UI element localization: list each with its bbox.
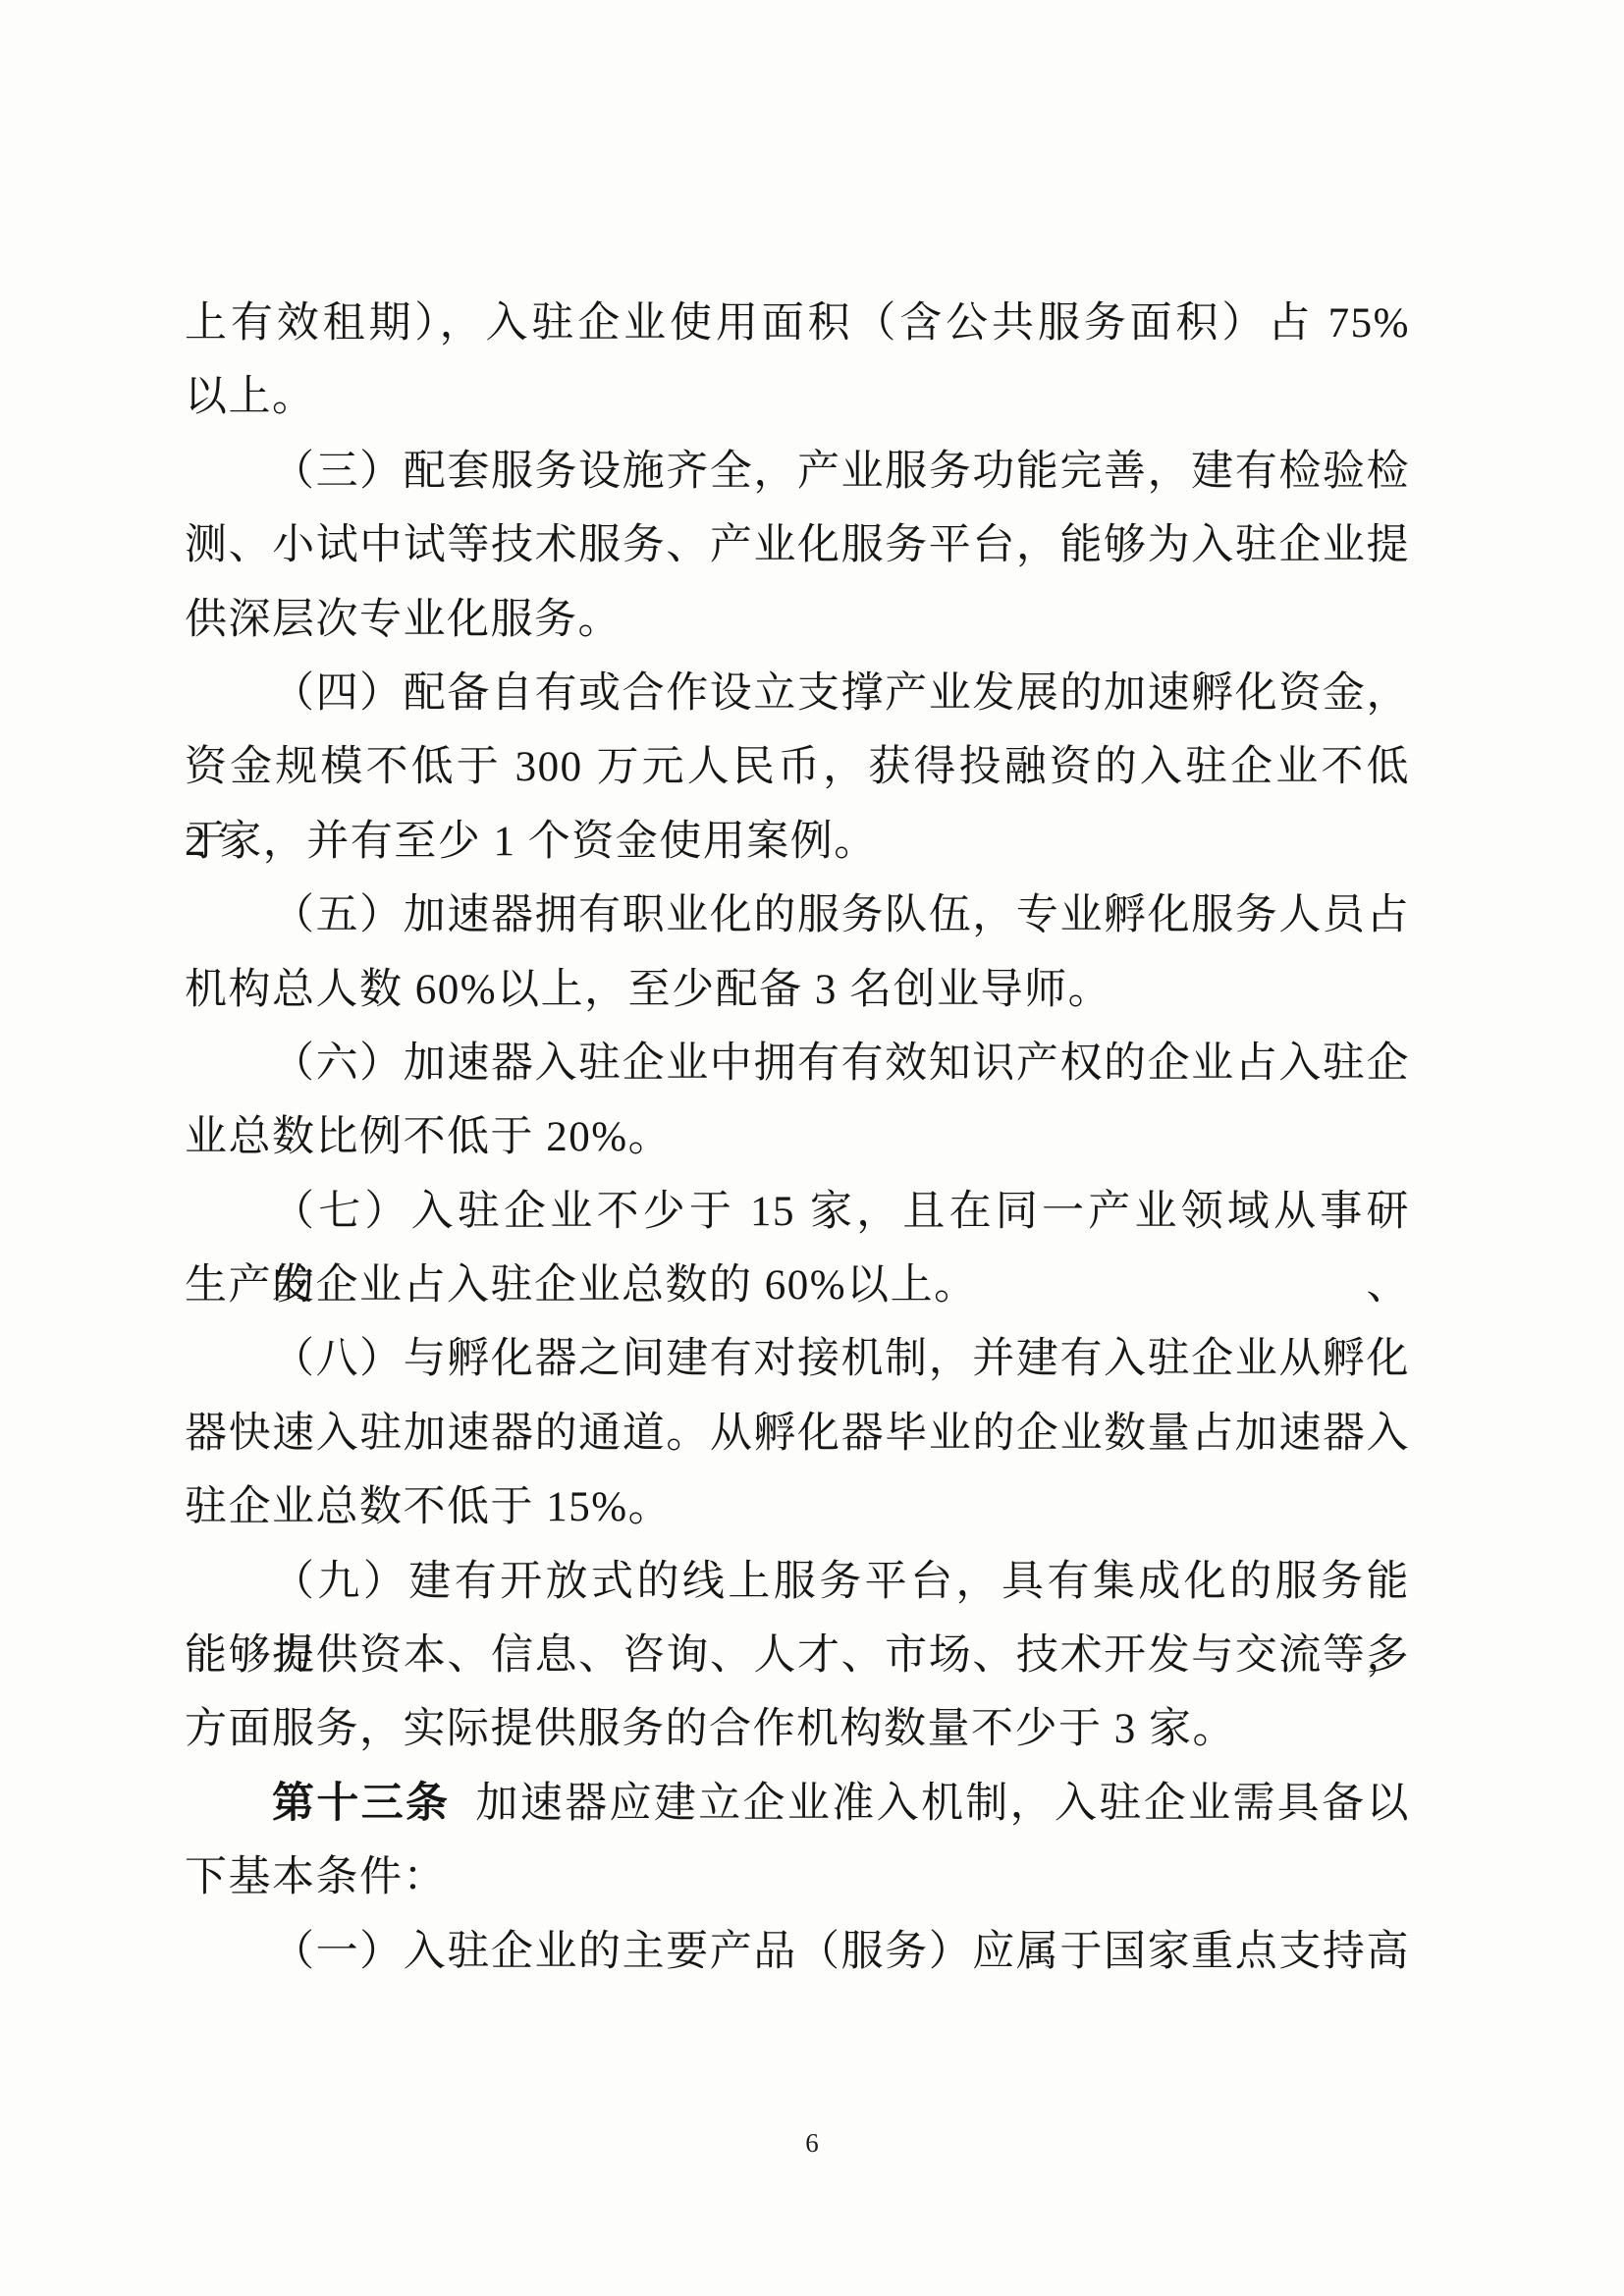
page-number: 6 bbox=[0, 2128, 1624, 2159]
text-line-21: 第十三条加速器应建立企业准入机制，入驻企业需具备以 bbox=[185, 1767, 1410, 1841]
text-line-2: 以上。 bbox=[185, 360, 1410, 434]
text-line-10: 机构总人数 60%以上，至少配备 3 名创业导师。 bbox=[185, 953, 1410, 1027]
text-line-17: 驻企业总数不低于 15%。 bbox=[185, 1470, 1410, 1544]
text-line-19: 能够提供资本、信息、咨询、人才、市场、技术开发与交流等多 bbox=[185, 1619, 1410, 1692]
text-line-9: （五）加速器拥有职业化的服务队伍，专业孵化服务人员占 bbox=[185, 879, 1410, 952]
article-number-heading: 第十三条 bbox=[272, 1781, 450, 1827]
text-line-6: （四）配备自有或合作设立支撑产业发展的加速孵化资金， bbox=[185, 657, 1410, 730]
text-line-1: 上有效租期），入驻企业使用面积（含公共服务面积）占 75% bbox=[185, 287, 1410, 360]
text-line-22: 下基本条件： bbox=[185, 1841, 1410, 1914]
text-block: 上有效租期），入驻企业使用面积（含公共服务面积）占 75%以上。（三）配套服务设… bbox=[185, 287, 1410, 1989]
text-line-18: （九）建有开放式的线上服务平台，具有集成化的服务能力， bbox=[185, 1545, 1410, 1619]
text-line-3: （三）配套服务设施齐全，产业服务功能完善，建有检验检 bbox=[185, 435, 1410, 508]
article-text: 加速器应建立企业准入机制，入驻企业需具备以 bbox=[475, 1781, 1410, 1827]
text-line-13: （七）入驻企业不少于 15 家，且在同一产业领域从事研发、 bbox=[185, 1175, 1410, 1249]
document-page: 上有效租期），入驻企业使用面积（含公共服务面积）占 75%以上。（三）配套服务设… bbox=[0, 0, 1624, 2296]
text-line-20: 方面服务，实际提供服务的合作机构数量不少于 3 家。 bbox=[185, 1692, 1410, 1766]
text-line-15: （八）与孵化器之间建有对接机制，并建有入驻企业从孵化 bbox=[185, 1322, 1410, 1396]
text-line-8: 2 家，并有至少 1 个资金使用案例。 bbox=[185, 805, 1410, 879]
text-line-4: 测、小试中试等技术服务、产业化服务平台，能够为入驻企业提 bbox=[185, 508, 1410, 582]
text-line-12: 业总数比例不低于 20%。 bbox=[185, 1100, 1410, 1174]
text-line-11: （六）加速器入驻企业中拥有有效知识产权的企业占入驻企 bbox=[185, 1027, 1410, 1100]
text-line-7: 资金规模不低于 300 万元人民币，获得投融资的入驻企业不低于 bbox=[185, 730, 1410, 804]
text-line-16: 器快速入驻加速器的通道。从孵化器毕业的企业数量占加速器入 bbox=[185, 1397, 1410, 1470]
text-line-5: 供深层次专业化服务。 bbox=[185, 583, 1410, 657]
text-line-23: （一）入驻企业的主要产品（服务）应属于国家重点支持高 bbox=[185, 1915, 1410, 1989]
